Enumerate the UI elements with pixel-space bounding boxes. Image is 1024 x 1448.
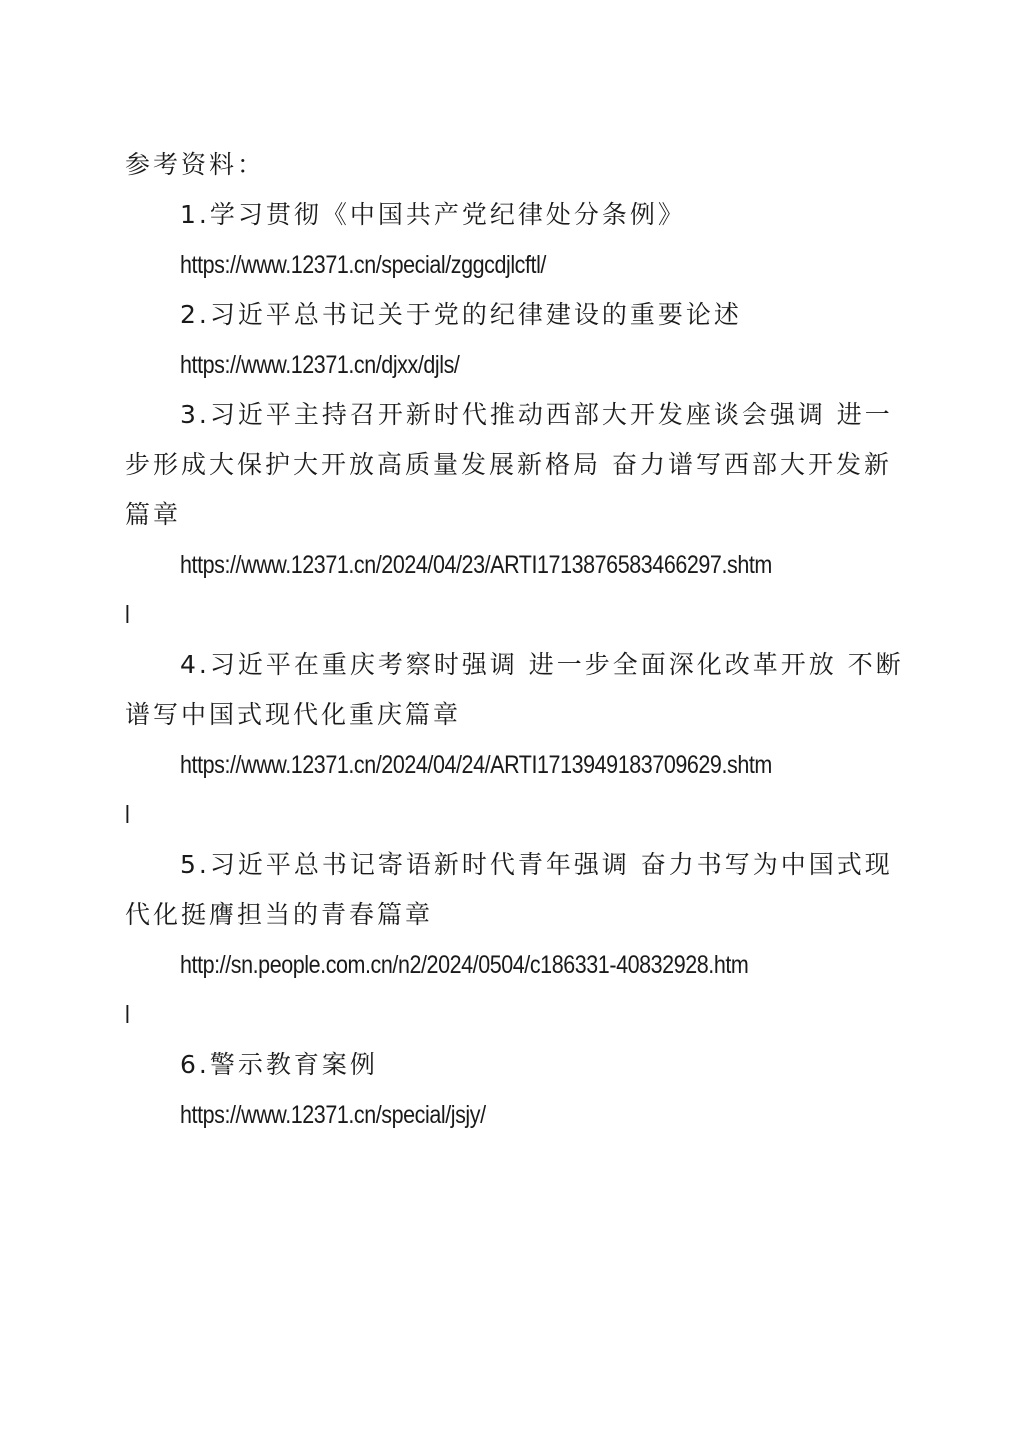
reference-url-line-1[interactable]: https://www.12371.cn/2024/04/24/ARTI1713… (125, 740, 900, 790)
reference-url[interactable]: https://www.12371.cn/special/jsjy/ (125, 1090, 900, 1140)
reference-url-line-2[interactable]: l (125, 990, 900, 1040)
reference-url[interactable]: https://www.12371.cn/djxx/djls/ (125, 340, 900, 390)
reference-title: 1.学习贯彻《中国共产党纪律处分条例》 (125, 190, 900, 240)
reference-item-4: 4.习近平在重庆考察时强调 进一步全面深化改革开放 不断 谱写中国式现代化重庆篇… (125, 640, 900, 840)
reference-url-line-2[interactable]: l (125, 590, 900, 640)
reference-title-line-2: 代化挺膺担当的青春篇章 (125, 890, 900, 940)
reference-title-line-2: 谱写中国式现代化重庆篇章 (125, 690, 900, 740)
reference-item-2: 2.习近平总书记关于党的纪律建设的重要论述 https://www.12371.… (125, 290, 900, 390)
reference-item-5: 5.习近平总书记寄语新时代青年强调 奋力书写为中国式现 代化挺膺担当的青春篇章 … (125, 840, 900, 1040)
references-heading: 参考资料： (125, 140, 900, 190)
reference-url[interactable]: https://www.12371.cn/special/zggcdjlcftl… (125, 240, 900, 290)
reference-title-line-3: 篇章 (125, 490, 900, 540)
reference-title-line-1: 5.习近平总书记寄语新时代青年强调 奋力书写为中国式现 (125, 840, 900, 890)
reference-item-6: 6.警示教育案例 https://www.12371.cn/special/js… (125, 1040, 900, 1140)
document-page: 参考资料： 1.学习贯彻《中国共产党纪律处分条例》 https://www.12… (125, 140, 900, 1140)
reference-title: 2.习近平总书记关于党的纪律建设的重要论述 (125, 290, 900, 340)
reference-url-line-1[interactable]: https://www.12371.cn/2024/04/23/ARTI1713… (125, 540, 900, 590)
reference-title: 6.警示教育案例 (125, 1040, 900, 1090)
reference-url-line-2[interactable]: l (125, 790, 900, 840)
reference-url-line-1[interactable]: http://sn.people.com.cn/n2/2024/0504/c18… (125, 940, 900, 990)
reference-title-line-1: 3.习近平主持召开新时代推动西部大开发座谈会强调 进一 (125, 390, 900, 440)
reference-title-line-1: 4.习近平在重庆考察时强调 进一步全面深化改革开放 不断 (125, 640, 900, 690)
reference-item-1: 1.学习贯彻《中国共产党纪律处分条例》 https://www.12371.cn… (125, 190, 900, 290)
reference-item-3: 3.习近平主持召开新时代推动西部大开发座谈会强调 进一 步形成大保护大开放高质量… (125, 390, 900, 640)
reference-title-line-2: 步形成大保护大开放高质量发展新格局 奋力谱写西部大开发新 (125, 440, 900, 490)
